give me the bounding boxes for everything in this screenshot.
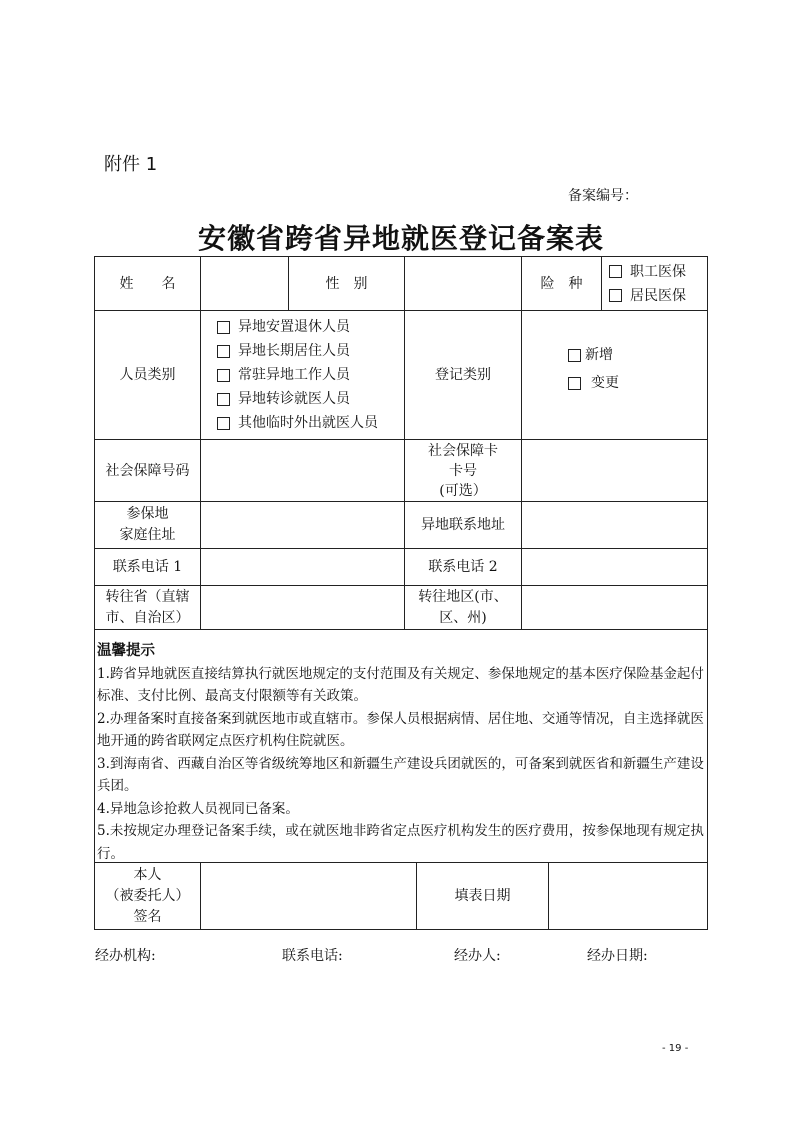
name-field[interactable] [200,256,289,311]
phone1-field[interactable] [200,548,405,586]
option-label: 异地长期居住人员 [238,339,350,363]
gender-field[interactable] [404,256,522,311]
tips-heading: 温馨提示 [97,640,705,663]
signature-field[interactable] [200,862,417,930]
person-option-retired[interactable]: 异地安置退休人员 [217,315,378,339]
remote-address-field[interactable] [521,501,708,549]
checkbox-icon[interactable] [217,345,230,358]
tip-item: 1.跨省异地就医直接结算执行就医地规定的支付范围及有关规定、参保地规定的基本医疗… [97,663,705,708]
person-category-label: 人员类别 [94,310,201,440]
checkbox-icon[interactable] [217,393,230,406]
registration-option-change[interactable]: 变更 [568,369,619,397]
phone2-field[interactable] [521,548,708,586]
checkbox-icon[interactable] [568,377,581,390]
record-number-label: 备案编号： [568,185,638,205]
label-line: 区、州) [418,608,507,629]
attachment-label: 附件 1 [104,150,157,176]
registration-option-new[interactable]: 新增 [568,341,619,369]
person-option-referral[interactable]: 异地转诊就医人员 [217,387,378,411]
label-line: (可选） [428,481,498,501]
option-label: 变更 [591,369,619,397]
dest-region-field[interactable] [521,585,708,630]
registration-type-label: 登记类别 [404,310,522,440]
person-category-options: 异地安置退休人员 异地长期居住人员 常驻异地工作人员 异地转诊就医人员 其他临时… [200,310,405,440]
handler-label: 经办人: [454,945,501,965]
home-address-label: 参保地家庭住址 [94,501,201,549]
home-address-field[interactable] [200,501,405,549]
agency-label: 经办机构: [95,945,156,965]
option-label: 常驻异地工作人员 [238,363,350,387]
checkbox-icon[interactable] [609,289,622,302]
checkbox-icon[interactable] [217,321,230,334]
tip-item: 5.未按规定办理登记备案手续，或在就医地非跨省定点医疗机构发生的医疗费用，按参保… [97,820,705,865]
name-label: 姓 名 [94,256,201,311]
label-line: 转往地区(市、 [418,587,507,608]
insurance-option-employee[interactable]: 职工医保 [609,260,686,284]
tip-item: 3.到海南省、西藏自治区等省级统筹地区和新疆生产建设兵团就医的，可备案到就医省和… [97,753,705,798]
social-security-number-field[interactable] [200,439,405,502]
social-security-number-label: 社会保障号码 [94,439,201,502]
label-line: 签名 [106,907,190,928]
label-line: 市、自治区） [106,608,190,629]
social-card-field[interactable] [521,439,708,502]
registration-type-options: 新增 变更 [521,310,708,440]
fill-date-field[interactable] [548,862,708,930]
option-label: 异地安置退休人员 [238,315,350,339]
label-line: 家庭住址 [120,525,176,546]
gender-label: 性 别 [288,256,405,311]
option-label: 其他临时外出就医人员 [238,411,378,435]
handling-date-label: 经办日期: [587,945,648,965]
checkbox-icon[interactable] [217,369,230,382]
person-option-long-term[interactable]: 异地长期居住人员 [217,339,378,363]
tips-section: 温馨提示 1.跨省异地就医直接结算执行就医地规定的支付范围及有关规定、参保地规定… [94,629,708,863]
fill-date-label: 填表日期 [416,862,549,930]
insurance-type-options: 职工医保 居民医保 [601,256,708,311]
remote-address-label: 异地联系地址 [404,501,522,549]
label-line: （被委托人） [106,886,190,907]
checkbox-icon[interactable] [568,349,581,362]
label-line: 社会保障卡 [428,441,498,461]
insurance-type-label: 险 种 [521,256,602,311]
label-line: 卡号 [428,461,498,481]
option-label: 居民医保 [630,284,686,308]
option-label: 新增 [585,341,613,369]
social-card-label: 社会保障卡卡号(可选） [404,439,522,502]
option-label: 异地转诊就医人员 [238,387,350,411]
label-line: 参保地 [120,504,176,525]
person-option-resident-worker[interactable]: 常驻异地工作人员 [217,363,378,387]
signature-label: 本人（被委托人）签名 [94,862,201,930]
insurance-option-resident[interactable]: 居民医保 [609,284,686,308]
dest-province-field[interactable] [200,585,405,630]
checkbox-icon[interactable] [609,265,622,278]
handling-phone-label: 联系电话: [282,945,343,965]
dest-region-label: 转往地区(市、区、州) [404,585,522,630]
phone2-label: 联系电话 2 [404,548,522,586]
label-line: 本人 [106,865,190,886]
tip-item: 2.办理备案时直接备案到就医地市或直辖市。参保人员根据病情、居住地、交通等情况，… [97,708,705,753]
checkbox-icon[interactable] [217,417,230,430]
dest-province-label: 转往省（直辖市、自治区） [94,585,201,630]
option-label: 职工医保 [630,260,686,284]
page-title: 安徽省跨省异地就医登记备案表 [94,222,708,256]
person-option-other[interactable]: 其他临时外出就医人员 [217,411,378,435]
page-number: - 19 - [662,1043,688,1054]
phone1-label: 联系电话 1 [94,548,201,586]
tip-item: 4.异地急诊抢救人员视同已备案。 [97,798,705,821]
label-line: 转往省（直辖 [106,587,190,608]
